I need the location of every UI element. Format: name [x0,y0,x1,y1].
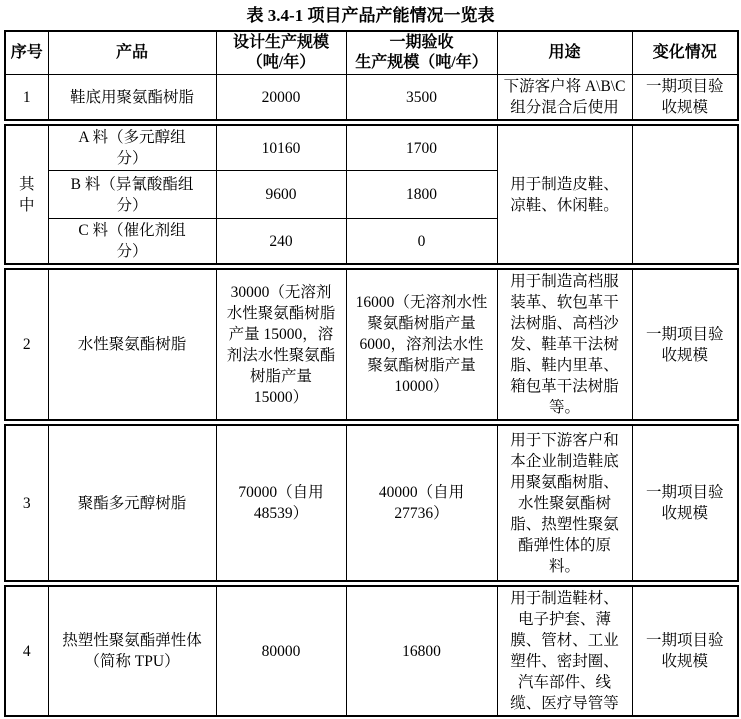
row2-seq: 2 [5,267,48,423]
row3-design: 70000（自用 48539） [216,423,346,584]
row2-use: 用于制造高档服 装革、软包革干 法树脂、高档沙 发、鞋革干法树 脂、鞋内里革、 … [497,267,632,423]
sub-c-product: C 料（催化剂组 分） [48,219,216,267]
row1-seq: 1 [5,75,48,123]
row2-design: 30000（无溶剂 水性聚氨酯树脂 产量 15000，溶 剂法水性聚氨酯 树脂产… [216,267,346,423]
row2-change: 一期项目验 收规模 [632,267,738,423]
table-row-1: 1 鞋底用聚氨酯树脂 20000 3500 下游客户将 A\B\C 组分混合后使… [5,75,738,123]
header-design-capacity: 设计生产规模 （吨/年） [216,31,346,75]
row1-change: 一期项目验 收规模 [632,75,738,123]
row3-phase1: 40000（自用 27736） [346,423,497,584]
sub-b-product: B 料（异氰酸酯组 分） [48,171,216,219]
header-phase1-capacity: 一期验收 生产规模（吨/年） [346,31,497,75]
row2-product: 水性聚氨酯树脂 [48,267,216,423]
sub-change [632,123,738,267]
table-row-4: 4 热塑性聚氨酯弹性体 （简称 TPU） 80000 16800 用于制造鞋材、… [5,584,738,717]
row1-design: 20000 [216,75,346,123]
sub-use: 用于制造皮鞋、 凉鞋、休闲鞋。 [497,123,632,267]
row3-use: 用于下游客户和 本企业制造鞋底 用聚氨酯树脂、 水性聚氨酯树 脂、热塑性聚氨 酯… [497,423,632,584]
row1-product: 鞋底用聚氨酯树脂 [48,75,216,123]
row4-change: 一期项目验 收规模 [632,584,738,717]
document-page: 表 3.4-1 项目产品产能情况一览表 序号 产品 设计生产规模 （吨/年） 一… [0,0,741,717]
sub-c-phase1: 0 [346,219,497,267]
row4-design: 80000 [216,584,346,717]
sub-b-phase1: 1800 [346,171,497,219]
product-capacity-table: 序号 产品 设计生产规模 （吨/年） 一期验收 生产规模（吨/年） 用途 变化情… [4,30,739,717]
sub-c-design: 240 [216,219,346,267]
row4-seq: 4 [5,584,48,717]
row4-use: 用于制造鞋材、 电子护套、薄 膜、管材、工业 塑件、密封圈、 汽车部件、线 缆、… [497,584,632,717]
header-seq: 序号 [5,31,48,75]
header-change: 变化情况 [632,31,738,75]
table-title: 表 3.4-1 项目产品产能情况一览表 [0,5,741,27]
table-row-2: 2 水性聚氨酯树脂 30000（无溶剂 水性聚氨酯树脂 产量 15000，溶 剂… [5,267,738,423]
sub-seq-qizhong: 其 中 [5,123,48,267]
sub-b-design: 9600 [216,171,346,219]
row3-seq: 3 [5,423,48,584]
header-use: 用途 [497,31,632,75]
table-row-3: 3 聚酯多元醇树脂 70000（自用 48539） 40000（自用 27736… [5,423,738,584]
row4-phase1: 16800 [346,584,497,717]
row2-phase1: 16000（无溶剂水性 聚氨酯树脂产量 6000，溶剂法水性 聚氨酯树脂产量 1… [346,267,497,423]
row4-product: 热塑性聚氨酯弹性体 （简称 TPU） [48,584,216,717]
sub-a-phase1: 1700 [346,123,497,171]
sub-a-product: A 料（多元醇组 分） [48,123,216,171]
row3-change: 一期项目验 收规模 [632,423,738,584]
row1-use: 下游客户将 A\B\C 组分混合后使用 [497,75,632,123]
row3-product: 聚酯多元醇树脂 [48,423,216,584]
sub-a-design: 10160 [216,123,346,171]
header-row: 序号 产品 设计生产规模 （吨/年） 一期验收 生产规模（吨/年） 用途 变化情… [5,31,738,75]
header-product: 产品 [48,31,216,75]
row1-phase1: 3500 [346,75,497,123]
table-row-sub-a: 其 中 A 料（多元醇组 分） 10160 1700 用于制造皮鞋、 凉鞋、休闲… [5,123,738,171]
